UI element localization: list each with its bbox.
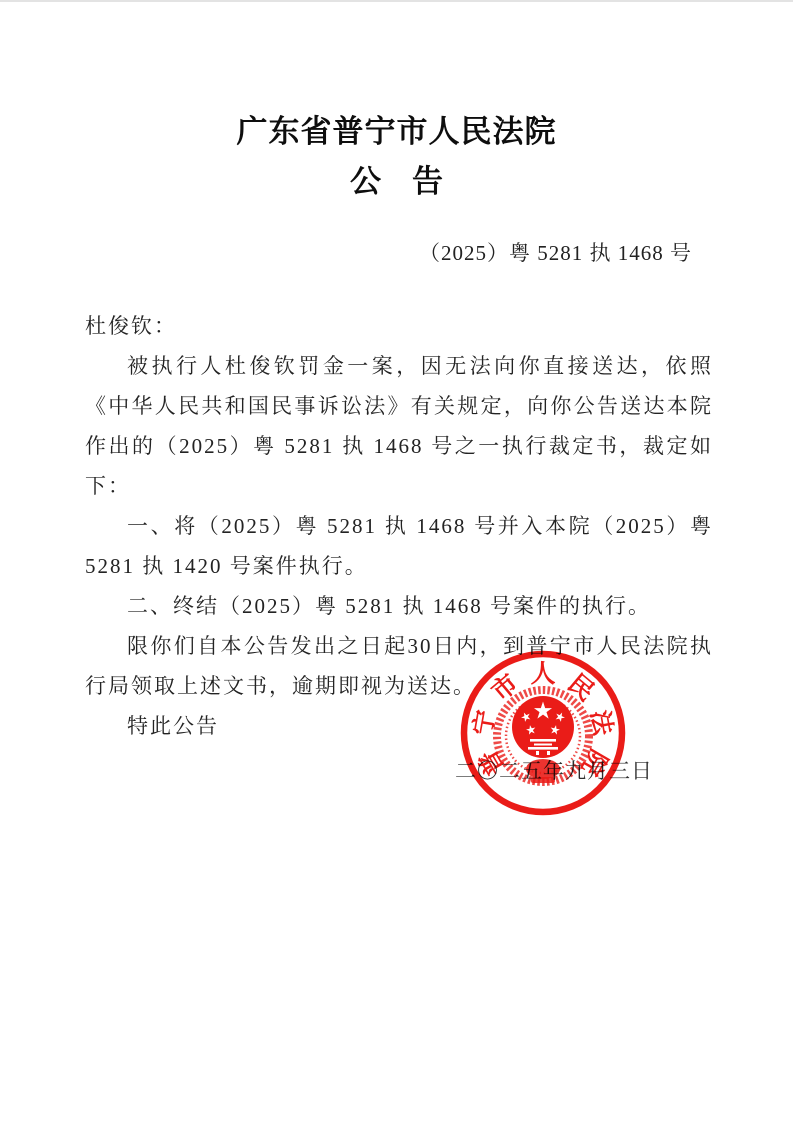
court-seal: 普 宁 市 人 民 法 院 [457, 647, 629, 819]
paragraph: 一、将（2025）粤 5281 执 1468 号并入本院（2025）粤 5281… [85, 506, 713, 586]
seal-char: 宁 [469, 708, 501, 737]
national-emblem-icon [497, 690, 589, 783]
salutation: 杜俊钦： [85, 306, 713, 346]
case-number: （2025）粤 5281 执 1468 号 [419, 240, 692, 266]
court-name-heading: 广东省普宁市人民法院 [0, 114, 793, 150]
announcement-title: 公 告 [0, 164, 793, 200]
paragraph: 被执行人杜俊钦罚金一案，因无法向你直接送达，依照《中华人民共和国民事诉讼法》有关… [85, 346, 713, 506]
seal-char: 人 [530, 660, 555, 688]
document-page: 广东省普宁市人民法院 公 告 （2025）粤 5281 执 1468 号 杜俊钦… [0, 0, 793, 1122]
paragraph: 二、终结（2025）粤 5281 执 1468 号案件的执行。 [85, 586, 713, 626]
seal-char: 法 [585, 708, 617, 738]
